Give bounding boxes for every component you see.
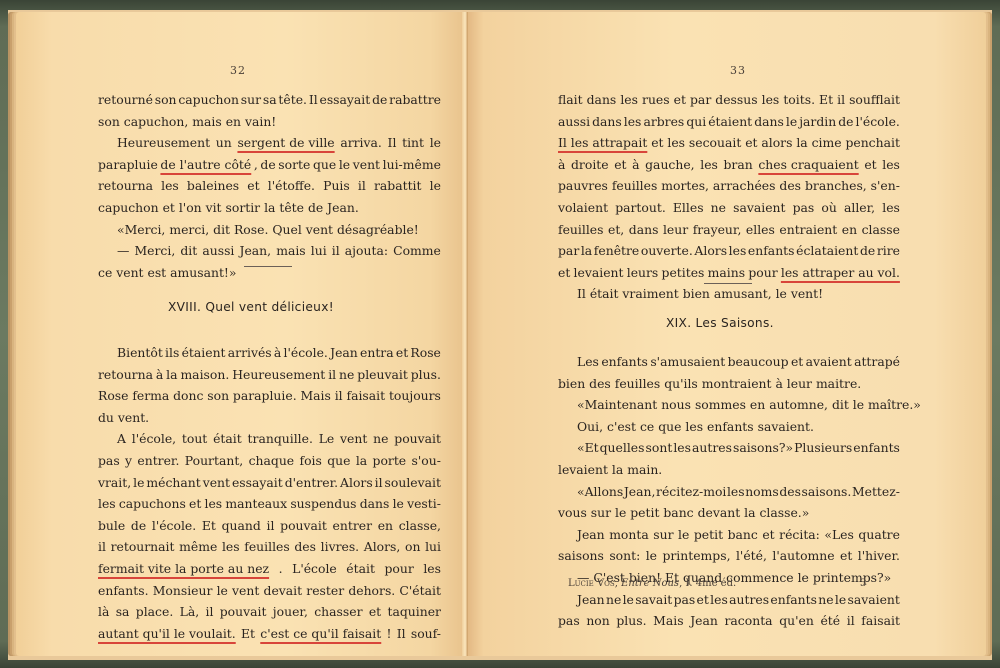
word: rester: [306, 580, 344, 602]
word: il: [98, 536, 106, 558]
word: des: [779, 481, 801, 503]
word: pauvres: [558, 175, 608, 197]
text-line: retournésoncapuchonsursatête.Ilessayaitd…: [98, 89, 441, 111]
word: saisons: [558, 545, 604, 567]
word: maitre.: [816, 373, 861, 395]
word: et: [558, 262, 570, 284]
word: les: [98, 493, 116, 515]
word: vent: [116, 262, 143, 284]
text-line: pauvresfeuillesmortes,arrachéesdesbranch…: [558, 175, 900, 197]
word: de: [260, 154, 275, 176]
word: ,: [254, 154, 258, 176]
word: tête: [279, 197, 304, 219]
text-line: «Etquellessontlesautressaisons?»Plusieur…: [558, 437, 900, 459]
word: pouvait: [280, 515, 327, 537]
word: capuchon,: [124, 111, 189, 133]
word: de: [860, 240, 875, 262]
word: Mettez-: [852, 481, 900, 503]
word: vent: [306, 219, 333, 241]
word: place.: [136, 601, 174, 623]
word: Là,: [180, 601, 200, 623]
text-line: biendesfeuillesqu'ilsmontraientàleurmait…: [558, 373, 900, 395]
word: vent.: [118, 407, 149, 429]
word: Jean,: [240, 240, 272, 262]
word: toits.: [783, 89, 815, 111]
right-page-text-top: flaitdanslesruesetpardessuslestoits.Etil…: [558, 89, 900, 305]
word: et: [651, 132, 663, 154]
text-line: duvent.: [98, 407, 441, 429]
word: quelles: [600, 437, 645, 459]
word: porte: [373, 450, 407, 472]
word: par: [558, 240, 579, 262]
underlined-phrase: ches craquaient: [758, 154, 858, 176]
word: classe.»: [759, 502, 809, 524]
word: de: [372, 89, 387, 111]
word: sont: [646, 437, 673, 459]
word: plus.: [411, 364, 441, 386]
word: Bientôt: [117, 342, 163, 364]
word: éclataient: [796, 240, 858, 262]
word: mais: [192, 111, 221, 133]
word: suspendus: [290, 493, 356, 515]
text-line: enfants.Monsieurleventdevaitresterdehors…: [98, 580, 441, 602]
word: savaient: [848, 589, 900, 611]
word: Monsieur: [153, 580, 213, 602]
word: flait: [558, 89, 583, 111]
word: capuchons: [119, 493, 186, 515]
word: non: [586, 610, 609, 632]
word: autres: [692, 437, 732, 459]
text-line: Jeannelesavaitpasetlesautresenfantsneles…: [558, 589, 900, 611]
word: les: [882, 154, 900, 176]
word: essayait: [232, 472, 283, 494]
word: bule: [98, 515, 125, 537]
word: sortir: [226, 197, 261, 219]
word: leurs: [627, 262, 659, 284]
word: maison.: [180, 364, 229, 386]
underlined-phrase: fermait vite la porte au nez: [98, 558, 269, 580]
word: ne: [339, 364, 354, 386]
word: le: [786, 111, 797, 133]
word: des: [294, 536, 316, 558]
word: en: [378, 515, 393, 537]
word: essayait: [319, 89, 370, 111]
word: ils: [165, 342, 179, 364]
text-line: levaientlamain.: [558, 459, 900, 481]
word: la: [166, 364, 177, 386]
word: sur: [241, 89, 261, 111]
word: capuchon: [98, 197, 159, 219]
word: toujours: [389, 385, 441, 407]
word: des: [589, 373, 611, 395]
word: savaient: [733, 197, 785, 219]
word: et: [791, 351, 803, 373]
word: partout.: [615, 197, 666, 219]
word: les: [620, 89, 638, 111]
word: sur: [591, 502, 611, 524]
word: droite: [571, 154, 609, 176]
word: donc: [173, 385, 203, 407]
word: le: [835, 589, 846, 611]
word: Jean: [577, 589, 605, 611]
word: manteaux: [225, 493, 287, 515]
word: Il: [397, 623, 406, 645]
word: capuchon: [178, 89, 239, 111]
word: en: [226, 111, 241, 133]
word: les: [222, 536, 240, 558]
right-page: 33 flaitdanslesruesetpardessuslestoits.E…: [468, 12, 986, 656]
word: ouverte.: [641, 240, 693, 262]
word: dehors.: [348, 580, 395, 602]
word: ajouta:: [345, 240, 388, 262]
word: monta: [609, 524, 649, 546]
section-divider-right: [704, 283, 752, 284]
word: Merci,: [134, 240, 175, 262]
word: vent: [232, 580, 259, 602]
word: Rose.: [234, 219, 268, 241]
word: leur: [787, 373, 812, 395]
word: en: [842, 219, 857, 241]
word: été: [820, 610, 840, 632]
word: dit: [180, 240, 197, 262]
word: beaucoup: [728, 351, 789, 373]
text-line: làsaplace.Là,ilpouvaitjouer,chasserettaq…: [98, 601, 441, 623]
word: rire: [877, 240, 900, 262]
word: et: [247, 175, 259, 197]
text-line: parapluiede l'autre côté,desortequeleven…: [98, 154, 441, 176]
word: Rose: [98, 385, 128, 407]
word: que: [313, 154, 336, 176]
word: était: [346, 558, 375, 580]
word: Comme: [393, 240, 441, 262]
text-line: saisonssont:leprintemps,l'été,l'automnee…: [558, 545, 900, 567]
word: ferma: [132, 385, 169, 407]
word: c'est: [607, 416, 636, 438]
word: chasser: [314, 601, 362, 623]
word: là: [98, 601, 109, 623]
word: noms: [745, 481, 779, 503]
word: saisons?»: [733, 437, 793, 459]
word: son: [155, 89, 177, 111]
word: s'ou-: [412, 450, 441, 472]
word: classe,: [399, 515, 441, 537]
text-line: ilretournaitmêmelesfeuillesdeslivres.Alo…: [98, 536, 441, 558]
word: il: [332, 240, 340, 262]
word: entraient: [779, 219, 837, 241]
word: levaient: [558, 459, 608, 481]
footer-title: Entre Nous: [621, 578, 679, 589]
word: et,: [608, 219, 624, 241]
word: sa: [116, 601, 130, 623]
word: l'automne: [772, 545, 834, 567]
word: un: [216, 132, 232, 154]
word: Mais: [300, 385, 330, 407]
word: dessus: [715, 89, 757, 111]
word: faisait: [861, 610, 900, 632]
word: et: [614, 154, 626, 176]
text-line: etlevaientleurspetitesmainspourles attra…: [558, 262, 900, 284]
word: ne: [606, 589, 621, 611]
word: feuilles: [244, 536, 289, 558]
word: «Les: [824, 524, 854, 546]
word: les: [161, 175, 179, 197]
text-line: Il les attrapaitetlessecouaitetalorslaci…: [558, 132, 900, 154]
word: avaient: [806, 351, 852, 373]
right-page-text-chapter: Lesenfantss'amusaientbeaucoupetavaientat…: [558, 351, 900, 632]
word: rabattit: [374, 175, 422, 197]
text-line: Rosefermadoncsonparapluie.Maisilfaisaitt…: [98, 385, 441, 407]
word: merci,: [169, 219, 209, 241]
word: ne: [373, 428, 388, 450]
word: Alors: [340, 472, 373, 494]
word: à: [274, 342, 281, 364]
word: à: [775, 373, 782, 395]
word: devant: [698, 502, 741, 524]
underlined-phrase: de l'autre côté: [160, 154, 251, 176]
text-line: «Maintenantnoussommesenautomne,ditlemaît…: [558, 394, 900, 416]
word: à: [632, 154, 639, 176]
word: qui: [686, 111, 706, 133]
text-line: aussidanslesarbresquiétaientdanslejardin…: [558, 111, 900, 133]
word: L'école: [292, 558, 337, 580]
word: dans: [587, 89, 617, 111]
word: les: [667, 132, 685, 154]
word: retourna: [98, 364, 153, 386]
word: Quel: [272, 219, 301, 241]
word: récitez-moi: [656, 481, 726, 503]
page-number-right: 33: [730, 64, 746, 77]
word: l'école.: [856, 111, 900, 133]
word: les: [700, 154, 718, 176]
word: sorte: [278, 154, 310, 176]
text-line: capuchonetl'onvitsortirlatêtedeJean.: [98, 197, 441, 219]
word: rues: [642, 89, 670, 111]
word: des: [779, 175, 801, 197]
word: rabattre: [389, 89, 441, 111]
word: le: [853, 394, 864, 416]
word: dans: [360, 493, 390, 515]
word: quand: [222, 515, 261, 537]
word: et: [189, 493, 201, 515]
text-line: parlafenêtreouverte.Alorslesenfantséclat…: [558, 240, 900, 262]
word: dans: [754, 111, 784, 133]
word: arrivés: [228, 342, 272, 364]
word: Heureusement: [232, 364, 325, 386]
word: le: [776, 283, 787, 305]
word: désagréable!: [337, 219, 419, 241]
word: vraiment: [622, 283, 678, 305]
word: mais: [276, 240, 305, 262]
word: tint: [402, 132, 424, 154]
word: feuilles: [615, 373, 660, 395]
word: aussi: [202, 240, 234, 262]
word: Jean: [330, 342, 358, 364]
word: il: [847, 610, 855, 632]
word: vain!: [245, 111, 276, 133]
word: pour: [748, 262, 777, 284]
word: et: [762, 524, 774, 546]
word: l'été,: [736, 545, 767, 567]
word: parapluie: [98, 154, 158, 176]
word: le: [393, 493, 404, 515]
word: mains: [708, 262, 745, 284]
word: banc: [728, 524, 758, 546]
word: saisons.: [802, 481, 852, 503]
word: levaient: [574, 262, 624, 284]
word: feuilles: [612, 175, 657, 197]
word: y: [125, 450, 132, 472]
word: tout: [182, 428, 207, 450]
word: les: [762, 89, 780, 111]
word: Puis: [323, 175, 350, 197]
word: vent: [353, 154, 380, 176]
word: dans: [592, 111, 622, 133]
word: les: [673, 437, 691, 459]
word: et: [864, 154, 876, 176]
word: baleines: [187, 175, 239, 197]
word: vrait,: [98, 472, 131, 494]
word: le: [133, 472, 144, 494]
word: Elles: [673, 197, 704, 219]
underlined-phrase: autant qu'il le voulait.: [98, 623, 236, 645]
word: souf-: [411, 623, 441, 645]
word: entra: [360, 342, 394, 364]
page-footer: Lucie Vos, Entre Nous, I. 4me éd.: [568, 578, 736, 589]
word: la: [264, 197, 275, 219]
word: vent: [203, 472, 230, 494]
word: cime: [812, 132, 842, 154]
left-page: 32 retournésoncapuchonsursatête.Ilessaya…: [16, 12, 466, 656]
text-line: Bientôtilsétaientarrivésàl'école.Jeanent…: [98, 342, 441, 364]
word: il: [375, 472, 383, 494]
word: le: [339, 154, 350, 176]
word: printemps?»: [813, 567, 891, 589]
word: il: [267, 515, 275, 537]
word: vent!: [791, 283, 823, 305]
word: Jean: [690, 610, 718, 632]
word: et: [697, 589, 709, 611]
word: pouvait: [394, 428, 441, 450]
word: vit: [206, 197, 222, 219]
word: et: [674, 89, 686, 111]
word: est: [147, 262, 166, 284]
word: méchant: [146, 472, 200, 494]
word: faisait: [346, 385, 385, 407]
word: dit: [832, 394, 849, 416]
word: pleuvait: [357, 364, 408, 386]
word: mortes,: [661, 175, 709, 197]
text-line: retournalesbaleinesetl'étoffe.Puisilraba…: [98, 175, 441, 197]
word: le: [623, 589, 634, 611]
word: à: [156, 364, 163, 386]
word: où: [821, 197, 836, 219]
word: du: [98, 407, 114, 429]
word: enfants.: [98, 580, 149, 602]
word: l'étoffe.: [268, 175, 315, 197]
word: arriva.: [340, 132, 382, 154]
text-line: flaitdanslesruesetpardessuslestoits.Etil…: [558, 89, 900, 111]
word: Pourtant,: [185, 450, 243, 472]
word: le: [430, 132, 441, 154]
word: récita:: [779, 524, 820, 546]
word: bran: [724, 154, 753, 176]
word: son: [98, 111, 120, 133]
word: leur: [663, 219, 688, 241]
text-line: buledel'école.Etquandilpouvaitentrerencl…: [98, 515, 441, 537]
word: fenêtre: [594, 240, 639, 262]
word: A: [117, 428, 126, 450]
word: Le: [319, 428, 335, 450]
text-line: fermait vite la porte au nez.L'écoleétai…: [98, 558, 441, 580]
word: la: [581, 240, 592, 262]
word: branches,: [805, 175, 867, 197]
word: le: [615, 502, 626, 524]
word: étaient: [182, 342, 226, 364]
chapter-title-xix: XIX. Les Saisons.: [666, 316, 774, 330]
underlined-phrase: Il les attrapait: [558, 132, 647, 154]
word: les: [624, 111, 642, 133]
word: et: [163, 197, 175, 219]
word: fois: [300, 450, 322, 472]
word: amusant,: [714, 283, 772, 305]
word: l'hiver.: [858, 545, 900, 567]
word: automne,: [769, 394, 828, 416]
word: enfants: [770, 589, 817, 611]
word: l'école.: [284, 342, 328, 364]
word: il: [837, 89, 845, 111]
footer-author: Lucie Vos: [568, 578, 615, 589]
word: par: [690, 89, 711, 111]
word: on: [405, 536, 420, 558]
word: montraient: [702, 373, 772, 395]
word: retournait: [111, 536, 175, 558]
word: «Merci,: [117, 219, 165, 241]
word: bien: [558, 373, 585, 395]
text-line: Jeanmontasurlepetitbancetrécita:«Lesquat…: [558, 524, 900, 546]
word: aller,: [844, 197, 875, 219]
word: devait: [264, 580, 303, 602]
word: il: [205, 601, 213, 623]
word: .: [279, 558, 283, 580]
text-line: autant qu'il le voulait.Etc'est ce qu'il…: [98, 623, 441, 645]
word: alors: [761, 132, 792, 154]
word: pour: [384, 558, 413, 580]
signature-mark: 3: [860, 578, 866, 589]
word: «Allons: [577, 481, 623, 503]
word: et: [396, 342, 408, 364]
text-line: Ilétaitvraimentbienamusant,levent!: [558, 283, 900, 305]
word: penchait: [845, 132, 900, 154]
word: vous: [558, 502, 587, 524]
footer-edition: , I. 4me éd.: [679, 578, 736, 589]
text-line: retournaàlamaison.Heureusementilnepleuva…: [98, 364, 441, 386]
word: les: [710, 589, 728, 611]
word: dit: [213, 219, 230, 241]
word: il: [335, 385, 343, 407]
word: maître.»: [868, 394, 921, 416]
word: ne: [711, 197, 726, 219]
text-line: feuilleset,dansleurfrayeur,ellesentraien…: [558, 219, 900, 241]
word: lui-même: [383, 154, 441, 176]
word: en: [750, 394, 765, 416]
word: de: [131, 515, 146, 537]
word: les: [205, 493, 223, 515]
word: Plusieurs: [794, 437, 852, 459]
word: lui: [311, 240, 327, 262]
word: le: [646, 545, 657, 567]
word: pas: [793, 197, 815, 219]
word: Alors: [694, 240, 727, 262]
